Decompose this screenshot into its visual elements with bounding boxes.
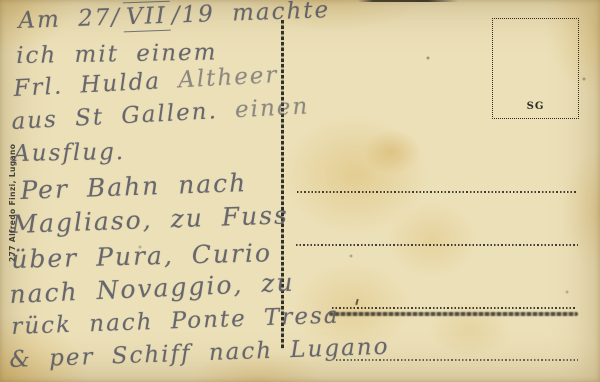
handwritten-line-5: Ausflug.: [13, 141, 125, 166]
handwritten-line-3: Frl. Hulda Altheer: [13, 64, 279, 101]
handwritten-line-11: & per Schiff nach Lugano: [9, 336, 390, 372]
address-line-3-smudge: [329, 312, 578, 316]
stamp-box-label: SG: [493, 101, 578, 112]
handwritten-line-2: ich mit einem: [16, 41, 218, 68]
stamp-box: SG: [492, 18, 579, 119]
address-line-3: [332, 307, 577, 309]
message-text-segment: Altheer: [178, 62, 279, 93]
paper-specks: [0, 0, 2, 2]
message-text-segment: einen: [234, 93, 309, 123]
message-text-segment: /19 machte: [171, 0, 330, 29]
address-line-2: [296, 244, 578, 246]
address-line-1: [297, 191, 578, 193]
postcard-back: 277 Alfredo Finzi, Lugano SG Am 27/VII/1…: [0, 0, 600, 382]
roman-numeral-month: VII: [123, 1, 171, 33]
message-text-segment: Frl. Hulda: [13, 68, 162, 102]
handwritten-line-6: Per Bahn nach: [20, 170, 248, 203]
stray-pen-mark: [355, 299, 358, 305]
message-text-segment: aus St Gallen.: [11, 98, 219, 135]
message-text-segment: Am 27/: [18, 4, 122, 34]
handwritten-line-8: über Pura, Curio: [11, 240, 272, 272]
handwritten-line-1: Am 27/VII/19 machte: [18, 0, 331, 33]
handwritten-line-4: aus St Gallen. einen: [11, 95, 310, 134]
handwritten-line-9: nach Novaggio, zu: [9, 270, 295, 307]
handwritten-line-10: rück nach Ponte Tresa: [11, 305, 340, 339]
handwritten-line-7: Magliaso, zu Fuss: [11, 202, 289, 237]
divider-line: [281, 20, 284, 349]
top-edge-mark: [358, 0, 458, 2]
